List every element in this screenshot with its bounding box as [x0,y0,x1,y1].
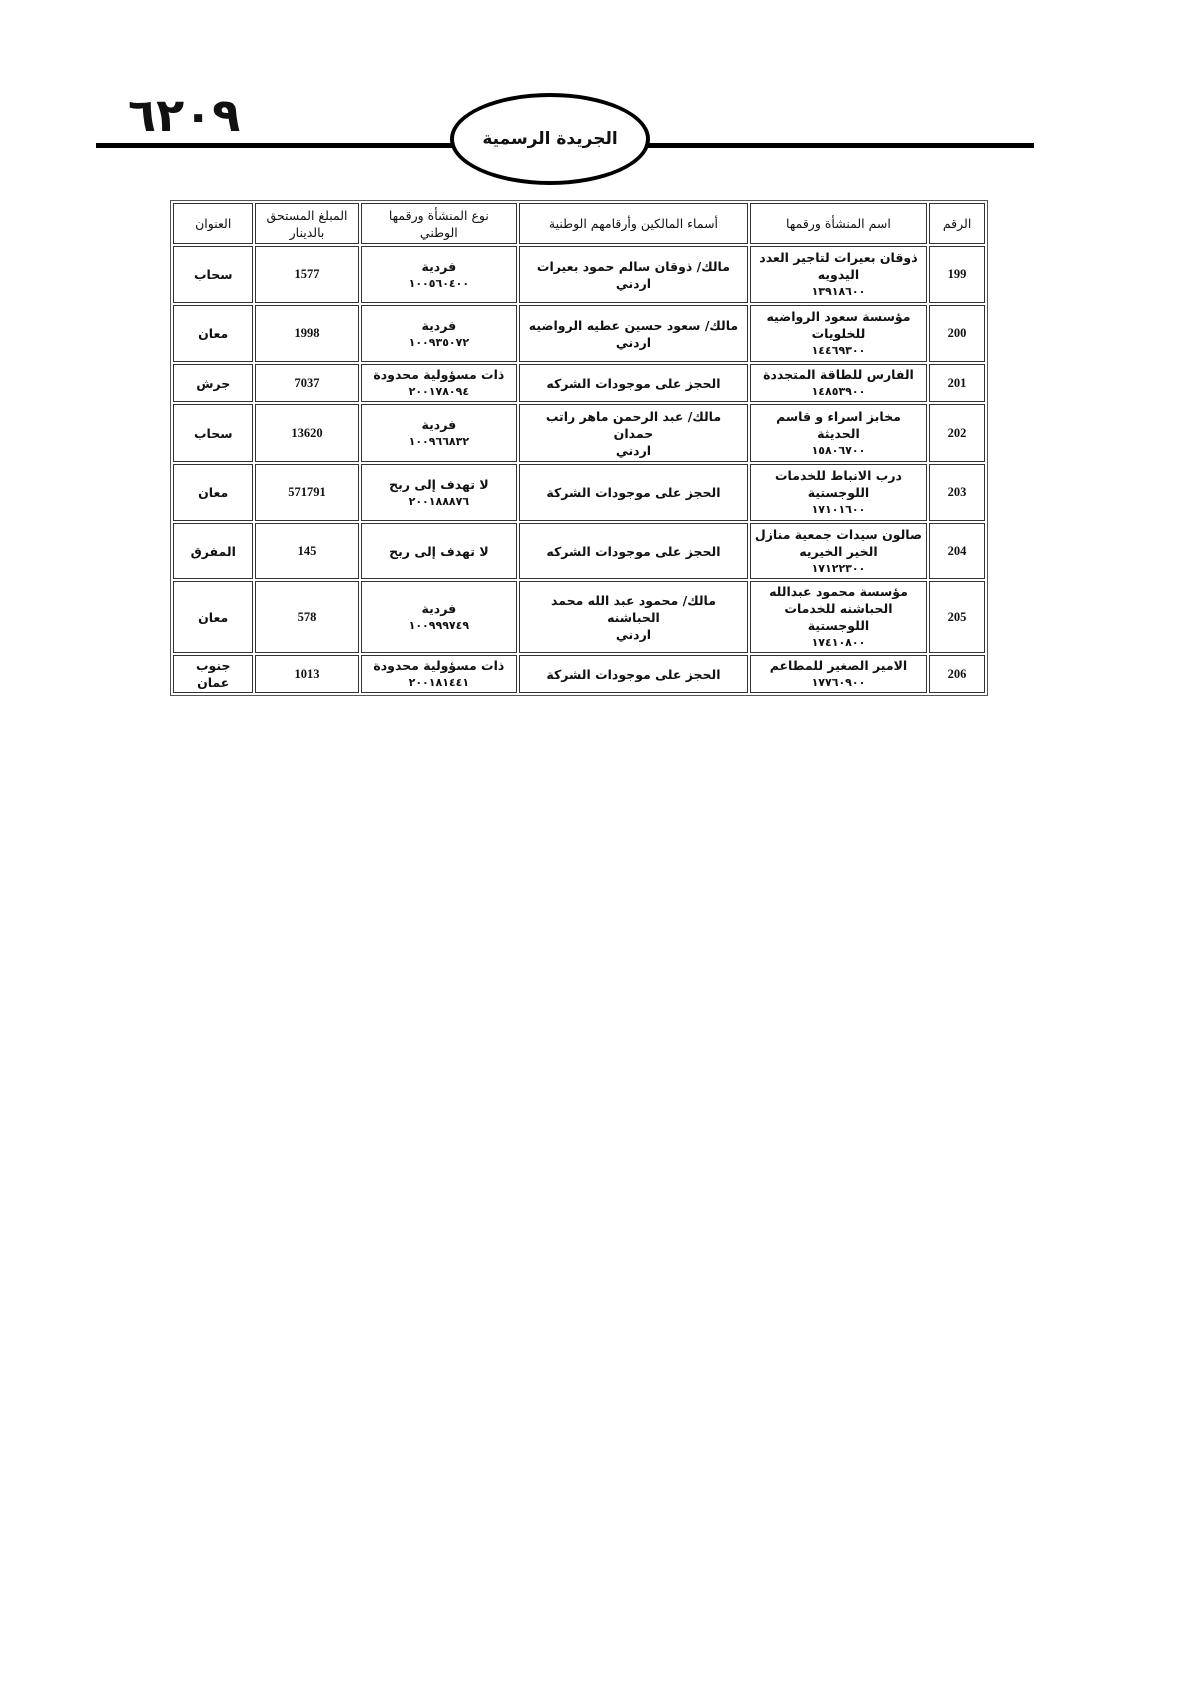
table-header-row: الرقم اسم المنشأة ورقمها أسماء المالكين … [173,203,985,244]
address-line1: معان [178,484,248,501]
cell-amount: 7037 [255,364,358,402]
address-line1: المفرق [178,543,248,560]
type-label: فردية [366,258,513,275]
type-label: فردية [366,416,513,433]
cell-amount: 145 [255,523,358,579]
type-label: لا تهدف إلى ربح [366,543,513,560]
header-no: الرقم [929,203,985,244]
type-label: ذات مسؤولية محدودة [366,366,513,383]
name-id: ١٥٨٠٦٧٠٠ [755,442,922,459]
cell-no: 205 [929,581,985,653]
name-id: ١٤٨٥٣٩٠٠ [755,383,922,400]
cell-name: مخابز اسراء و قاسم الحديثة ١٥٨٠٦٧٠٠ [750,404,927,462]
cell-amount: 1013 [255,655,358,693]
owners-line1: الحجز على موجودات الشركه [524,543,743,560]
cell-amount: 578 [255,581,358,653]
name-line2: اليدويه [755,266,922,283]
address-line1: سحاب [178,266,248,283]
name-line2: الحباشنه للخدمات اللوجستية [755,600,922,634]
establishments-table: الرقم اسم المنشأة ورقمها أسماء المالكين … [170,200,988,696]
table-row: 200 مؤسسة سعود الرواضيه للخلويات ١٤٤٦٩٣٠… [173,305,985,362]
cell-name: درب الانباط للخدمات اللوجستية ١٧١٠١٦٠٠ [750,464,927,521]
header-amount-line2: بالدينار [260,224,353,241]
cell-no: 204 [929,523,985,579]
header-type: نوع المنشأة ورقمها الوطني [361,203,518,244]
owners-line2: اردني [524,275,743,292]
table-row: 206 الامير الصغير للمطاعم ١٧٧٦٠٩٠٠ الحجز… [173,655,985,693]
cell-owners: مالك/ ذوقان سالم حمود بعيرات اردني [519,246,748,303]
name-line2: للخلويات [755,325,922,342]
owners-line1: الحجز على موجودات الشركة [524,666,743,683]
address-line1: سحاب [178,425,248,442]
address-line1: معان [178,609,248,626]
type-id: ١٠٠٩٣٥٠٧٢ [366,334,513,351]
name-id: ١٤٤٦٩٣٠٠ [755,342,922,359]
type-id: ١٠٠٩٩٩٧٤٩ [366,617,513,634]
type-label: ذات مسؤولية محدودة [366,657,513,674]
cell-owners: الحجز على موجودات الشركة [519,655,748,693]
table-row: 203 درب الانباط للخدمات اللوجستية ١٧١٠١٦… [173,464,985,521]
cell-address: معان [173,581,253,653]
owners-line1: مالك/ سعود حسين عطيه الرواضيه [524,317,743,334]
type-label: فردية [366,600,513,617]
cell-name: صالون سيدات جمعية منازل الخير الخيريه ١٧… [750,523,927,579]
table-row: 204 صالون سيدات جمعية منازل الخير الخيري… [173,523,985,579]
name-line1: الامير الصغير للمطاعم [755,657,922,674]
address-line1: جرش [178,375,248,392]
name-line1: مؤسسة محمود عبدالله [755,583,922,600]
name-line1: درب الانباط للخدمات [755,467,922,484]
masthead-title: الجريدة الرسمية [482,129,617,149]
cell-name: الفارس للطاقة المتجددة ١٤٨٥٣٩٠٠ [750,364,927,402]
cell-type: لا تهدف إلى ربح [361,523,518,579]
cell-no: 201 [929,364,985,402]
name-id: ١٧١٢٢٣٠٠ [755,560,922,577]
type-id: ٢٠٠١٧٨٠٩٤ [366,383,513,400]
header-amount-line1: المبلغ المستحق [260,207,353,224]
type-id: ١٠٠٩٦٦٨٣٢ [366,433,513,450]
type-id: ٢٠٠١٨٨٨٧٦ [366,493,513,510]
cell-amount: 13620 [255,404,358,462]
owners-line1: مالك/ محمود عبد الله محمد الحباشنه [524,592,743,626]
header-amount: المبلغ المستحق بالدينار [255,203,358,244]
header-address: العنوان [173,203,253,244]
owners-line2: اردني [524,626,743,643]
name-line1: مؤسسة سعود الرواضيه [755,308,922,325]
cell-amount: 571791 [255,464,358,521]
cell-address: جرش [173,364,253,402]
cell-no: 203 [929,464,985,521]
name-line1: الفارس للطاقة المتجددة [755,366,922,383]
cell-address: سحاب [173,404,253,462]
owners-line1: مالك/ عبد الرحمن ماهر راتب حمدان [524,408,743,442]
table-row: 205 مؤسسة محمود عبدالله الحباشنه للخدمات… [173,581,985,653]
cell-owners: الحجز على موجودات الشركه [519,364,748,402]
owners-line1: الحجز على موجودات الشركه [524,375,743,392]
cell-name: ذوقان بعيرات لتاجير العدد اليدويه ١٣٩١٨٦… [750,246,927,303]
table-row: 199 ذوقان بعيرات لتاجير العدد اليدويه ١٣… [173,246,985,303]
cell-no: 206 [929,655,985,693]
owners-line2: اردني [524,442,743,459]
address-line1: معان [178,325,248,342]
owners-line1: الحجز على موجودات الشركة [524,484,743,501]
name-line1: ذوقان بعيرات لتاجير العدد [755,249,922,266]
name-line2: اللوجستية [755,484,922,501]
name-id: ١٧٧٦٠٩٠٠ [755,674,922,691]
cell-owners: مالك/ عبد الرحمن ماهر راتب حمدان اردني [519,404,748,462]
name-id: ١٧١٠١٦٠٠ [755,501,922,518]
cell-address: معان [173,464,253,521]
cell-address: المفرق [173,523,253,579]
name-line1: مخابز اسراء و قاسم الحديثة [755,408,922,442]
cell-address: سحاب [173,246,253,303]
name-id: ١٣٩١٨٦٠٠ [755,283,922,300]
name-line1: صالون سيدات جمعية منازل [755,526,922,543]
address-line1: جنوب [178,657,248,674]
page-number: ٦٢٠٩ [128,88,240,142]
cell-owners: الحجز على موجودات الشركه [519,523,748,579]
header-name: اسم المنشأة ورقمها [750,203,927,244]
name-id: ١٧٤١٠٨٠٠ [755,634,922,651]
cell-amount: 1577 [255,246,358,303]
type-label: لا تهدف إلى ربح [366,476,513,493]
cell-no: 199 [929,246,985,303]
cell-type: ذات مسؤولية محدودة ٢٠٠١٧٨٠٩٤ [361,364,518,402]
header-type-line1: نوع المنشأة ورقمها [366,207,513,224]
name-line2: الخير الخيريه [755,543,922,560]
cell-type: فردية ١٠٠٩٦٦٨٣٢ [361,404,518,462]
cell-owners: الحجز على موجودات الشركة [519,464,748,521]
masthead-oval: الجريدة الرسمية [450,93,650,185]
cell-amount: 1998 [255,305,358,362]
header-owners: أسماء المالكين وأرقامهم الوطنية [519,203,748,244]
cell-type: فردية ١٠٠٩٩٩٧٤٩ [361,581,518,653]
cell-type: فردية ١٠٠٥٦٠٤٠٠ [361,246,518,303]
cell-owners: مالك/ محمود عبد الله محمد الحباشنه اردني [519,581,748,653]
cell-no: 202 [929,404,985,462]
cell-name: الامير الصغير للمطاعم ١٧٧٦٠٩٠٠ [750,655,927,693]
owners-line1: مالك/ ذوقان سالم حمود بعيرات [524,258,743,275]
cell-type: ذات مسؤولية محدودة ٢٠٠١٨١٤٤١ [361,655,518,693]
header-type-line2: الوطني [366,224,513,241]
type-label: فردية [366,317,513,334]
cell-address: معان [173,305,253,362]
cell-address: جنوب عمان [173,655,253,693]
cell-no: 200 [929,305,985,362]
owners-line2: اردني [524,334,743,351]
cell-name: مؤسسة سعود الرواضيه للخلويات ١٤٤٦٩٣٠٠ [750,305,927,362]
table-row: 202 مخابز اسراء و قاسم الحديثة ١٥٨٠٦٧٠٠ … [173,404,985,462]
cell-type: فردية ١٠٠٩٣٥٠٧٢ [361,305,518,362]
table-row: 201 الفارس للطاقة المتجددة ١٤٨٥٣٩٠٠ الحج… [173,364,985,402]
cell-type: لا تهدف إلى ربح ٢٠٠١٨٨٨٧٦ [361,464,518,521]
cell-name: مؤسسة محمود عبدالله الحباشنه للخدمات الل… [750,581,927,653]
cell-owners: مالك/ سعود حسين عطيه الرواضيه اردني [519,305,748,362]
address-line2: عمان [178,674,248,691]
type-id: ١٠٠٥٦٠٤٠٠ [366,275,513,292]
type-id: ٢٠٠١٨١٤٤١ [366,674,513,691]
